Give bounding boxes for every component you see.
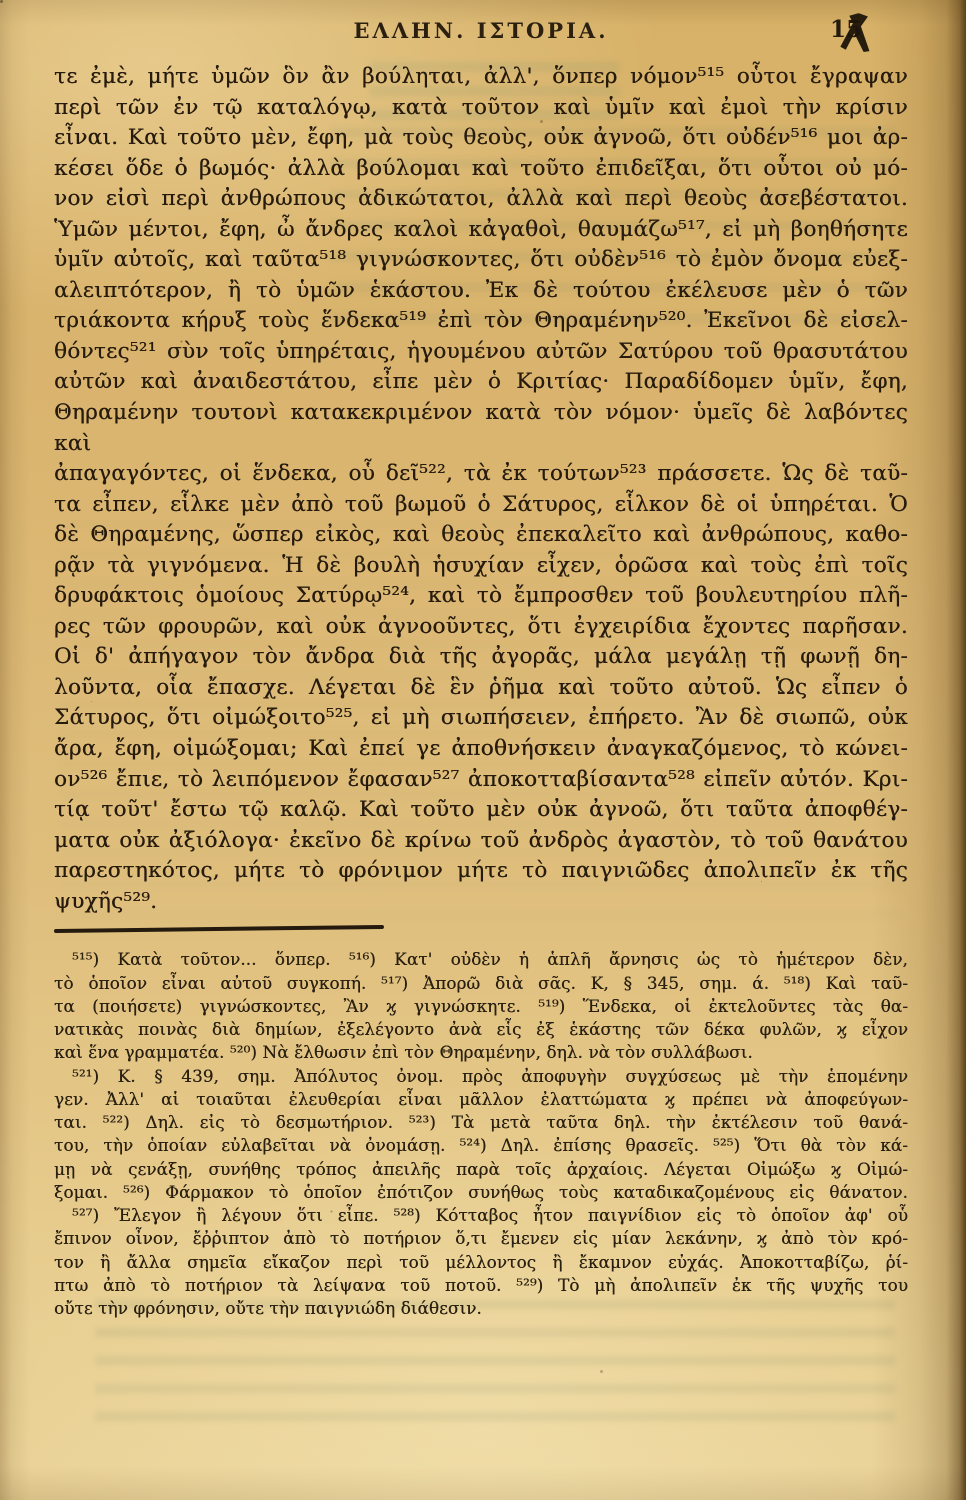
text-line: ἔπινον οἶνον, ἔῤῥιπτον ἀπὸ τὸ ποτήριον ὅ…	[54, 1227, 908, 1250]
text-line: Ὑμῶν μέντοι, ἔφη, ὦ ἄνδρες καλοὶ κἀγαθοὶ…	[54, 215, 908, 246]
text-line: τίᾳ τοῦτ' ἔστω τῷ καλῷ. Καὶ τοῦτο μὲν οὐ…	[54, 795, 908, 826]
text-line: θόντες⁵²¹ σὺν τοῖς ὑπηρέταις, ἡγουμένου …	[54, 337, 908, 368]
text-line: αὐτῶν καὶ ἀναιδεστάτου, εἶπε μὲν ὁ Κριτί…	[54, 367, 908, 398]
text-line: αλειπτότερον, ἢ τὸ ὑμῶν ἑκάστου. Ἐκ δὲ τ…	[54, 276, 908, 307]
text-line: ξομαι. ⁵²⁶) Φάρμακον τὸ ὁποῖον ἐπότιζον …	[54, 1181, 908, 1204]
book-page-scan: ΕΛΛΗΝ. ΙΣΤΟΡΙΑ. 15 τε ἐμὲ, μήτε ὑμῶν ὃν …	[0, 0, 966, 1500]
text-line: Θηραμένην τουτονὶ κατακεκριμένον κατὰ τὸ…	[54, 398, 908, 459]
text-line: του, τὴν ὁποίαν εὐλαβεῖται νὰ ὀνομάσῃ. ⁵…	[54, 1134, 908, 1157]
text-line: ⁵²⁷) Ἔλεγον ἢ λέγουν ὅτι εἶπε. ⁵²⁸) Κόττ…	[54, 1204, 908, 1227]
text-line: νον εἰσὶ περὶ ἀνθρώπους ἀδικώτατοι, ἀλλὰ…	[54, 184, 908, 215]
text-line: πτω ἀπὸ τὸ ποτήριον τὰ λείψανα τοῦ ποτοῦ…	[54, 1274, 908, 1297]
text-line: τριάκοντα κήρυξ τοὺς ἕνδεκα⁵¹⁹ ἐπὶ τὸν Θ…	[54, 306, 908, 337]
text-line: δὲ Θηραμένης, ὥσπερ εἰκὸς, καὶ θεοὺς ἐπε…	[54, 520, 908, 551]
text-line: τα εἶπεν, εἷλκε μὲν ἀπὸ τοῦ βωμοῦ ὁ Σάτυ…	[54, 490, 908, 521]
text-line: ρᾷν τὰ γιγνόμενα. Ἡ δὲ βουλὴ ἡσυχίαν εἶχ…	[54, 551, 908, 582]
text-line: Οἱ δ' ἀπήγαγον τὸν ἄνδρα διὰ τῆς ἀγορᾶς,…	[54, 642, 908, 673]
page-title: ΕΛΛΗΝ. ΙΣΤΟΡΙΑ.	[353, 18, 608, 43]
text-line: καὶ ἕνα γραμματέα. ⁵²⁰) Νὰ ἔλθωσιν ἐπὶ τ…	[54, 1041, 908, 1064]
text-line: τον ἢ ἄλλα σημεῖα εἴκαζον περὶ τοῦ μέλλο…	[54, 1251, 908, 1274]
text-line: νατικὰς ποινὰς διὰ δημίων, ἐξελέγοντο ἀν…	[54, 1018, 908, 1041]
page-content: ΕΛΛΗΝ. ΙΣΤΟΡΙΑ. 15 τε ἐμὲ, μήτε ὑμῶν ὃν …	[54, 0, 908, 1320]
text-line: ἄρα, ἔφη, οἰμώξομαι; Καὶ ἐπεί γε ἀποθνήσ…	[54, 734, 908, 765]
text-line: δρυφάκτοις ὁμοίους Σατύρῳ⁵²⁴, καὶ τὸ ἔμπ…	[54, 581, 908, 612]
footnotes-block: ⁵¹⁵) Κατὰ τοῦτον... ὅνπερ. ⁵¹⁶) Κατ' οὐδ…	[54, 948, 908, 1320]
text-line: γεν. Ἀλλ' αἱ τοιαῦται ἐλευθερίαι εἶναι μ…	[54, 1088, 908, 1111]
text-line: ἀπαγαγόντες, οἱ ἕνδεκα, οὗ δεῖ⁵²², τὰ ἐκ…	[54, 459, 908, 490]
text-line: ⁵²¹) Κ. § 439, σημ. Ἀπόλυτος ὀνομ. πρὸς …	[54, 1065, 908, 1088]
text-line: Σάτυρος, ὅτι οἰμώξοιτο⁵²⁵, εἰ μὴ σιωπήσε…	[54, 703, 908, 734]
paper-specks	[0, 0, 3, 3]
text-line: ψυχῆς⁵²⁹.	[54, 887, 908, 918]
text-line: τὸ ὁποῖον εἶναι αὐτοῦ συγκοπή. ⁵¹⁷) Ἀπορ…	[54, 972, 908, 995]
footnote-separator-rule	[54, 925, 384, 933]
text-line: τε ἐμὲ, μήτε ὑμῶν ὃν ἂν βούληται, ἀλλ', …	[54, 62, 908, 93]
text-line: ται. ⁵²²) Δηλ. εἰς τὸ δεσμωτήριον. ⁵²³) …	[54, 1111, 908, 1134]
page-number: 15	[830, 16, 862, 43]
main-text-block: τε ἐμὲ, μήτε ὑμῶν ὃν ἂν βούληται, ἀλλ', …	[54, 62, 908, 917]
text-line: παρεστηκότος, μήτε τὸ φρόνιμον μήτε τὸ π…	[54, 856, 908, 887]
text-line: τα (ποιήσετε) γιγνώσκοντες, Ἂν ϗ γιγνώσκ…	[54, 995, 908, 1018]
text-line: κέσει ὅδε ὁ βωμός· ἀλλὰ βούλομαι καὶ τοῦ…	[54, 154, 908, 185]
text-line: οὔτε τὴν φρόνησιν, οὔτε τὴν παιγνιώδη δι…	[54, 1297, 908, 1320]
text-line: ματα οὐκ ἀξιόλογα· ἐκεῖνο δὲ κρίνω τοῦ ἀ…	[54, 826, 908, 857]
text-line: μῃ νὰ ςενάξῃ, συνήθης τρόπος ἀπειλῆς παρ…	[54, 1158, 908, 1181]
text-line: περὶ τῶν ἐν τῷ καταλόγῳ, κατὰ τοῦτον καὶ…	[54, 93, 908, 124]
text-line: ⁵¹⁵) Κατὰ τοῦτον... ὅνπερ. ⁵¹⁶) Κατ' οὐδ…	[54, 948, 908, 971]
text-line: ον⁵²⁶ ἔπιε, τὸ λειπόμενον ἔφασαν⁵²⁷ ἀποκ…	[54, 765, 908, 796]
running-header: ΕΛΛΗΝ. ΙΣΤΟΡΙΑ. 15	[54, 18, 908, 58]
text-line: ὑμῖν αὐτοῖς, καὶ ταῦτα⁵¹⁸ γιγνώσκοντες, …	[54, 245, 908, 276]
text-line: ρες τῶν φρουρῶν, καὶ οὐκ ἀγνοοῦντες, ὅτι…	[54, 612, 908, 643]
text-line: λοῦντα, οἷα ἔπασχε. Λέγεται δὲ ἓν ῥῆμα κ…	[54, 673, 908, 704]
text-line: εἶναι. Καὶ τοῦτο μὲν, ἔφη, μὰ τοὺς θεοὺς…	[54, 123, 908, 154]
